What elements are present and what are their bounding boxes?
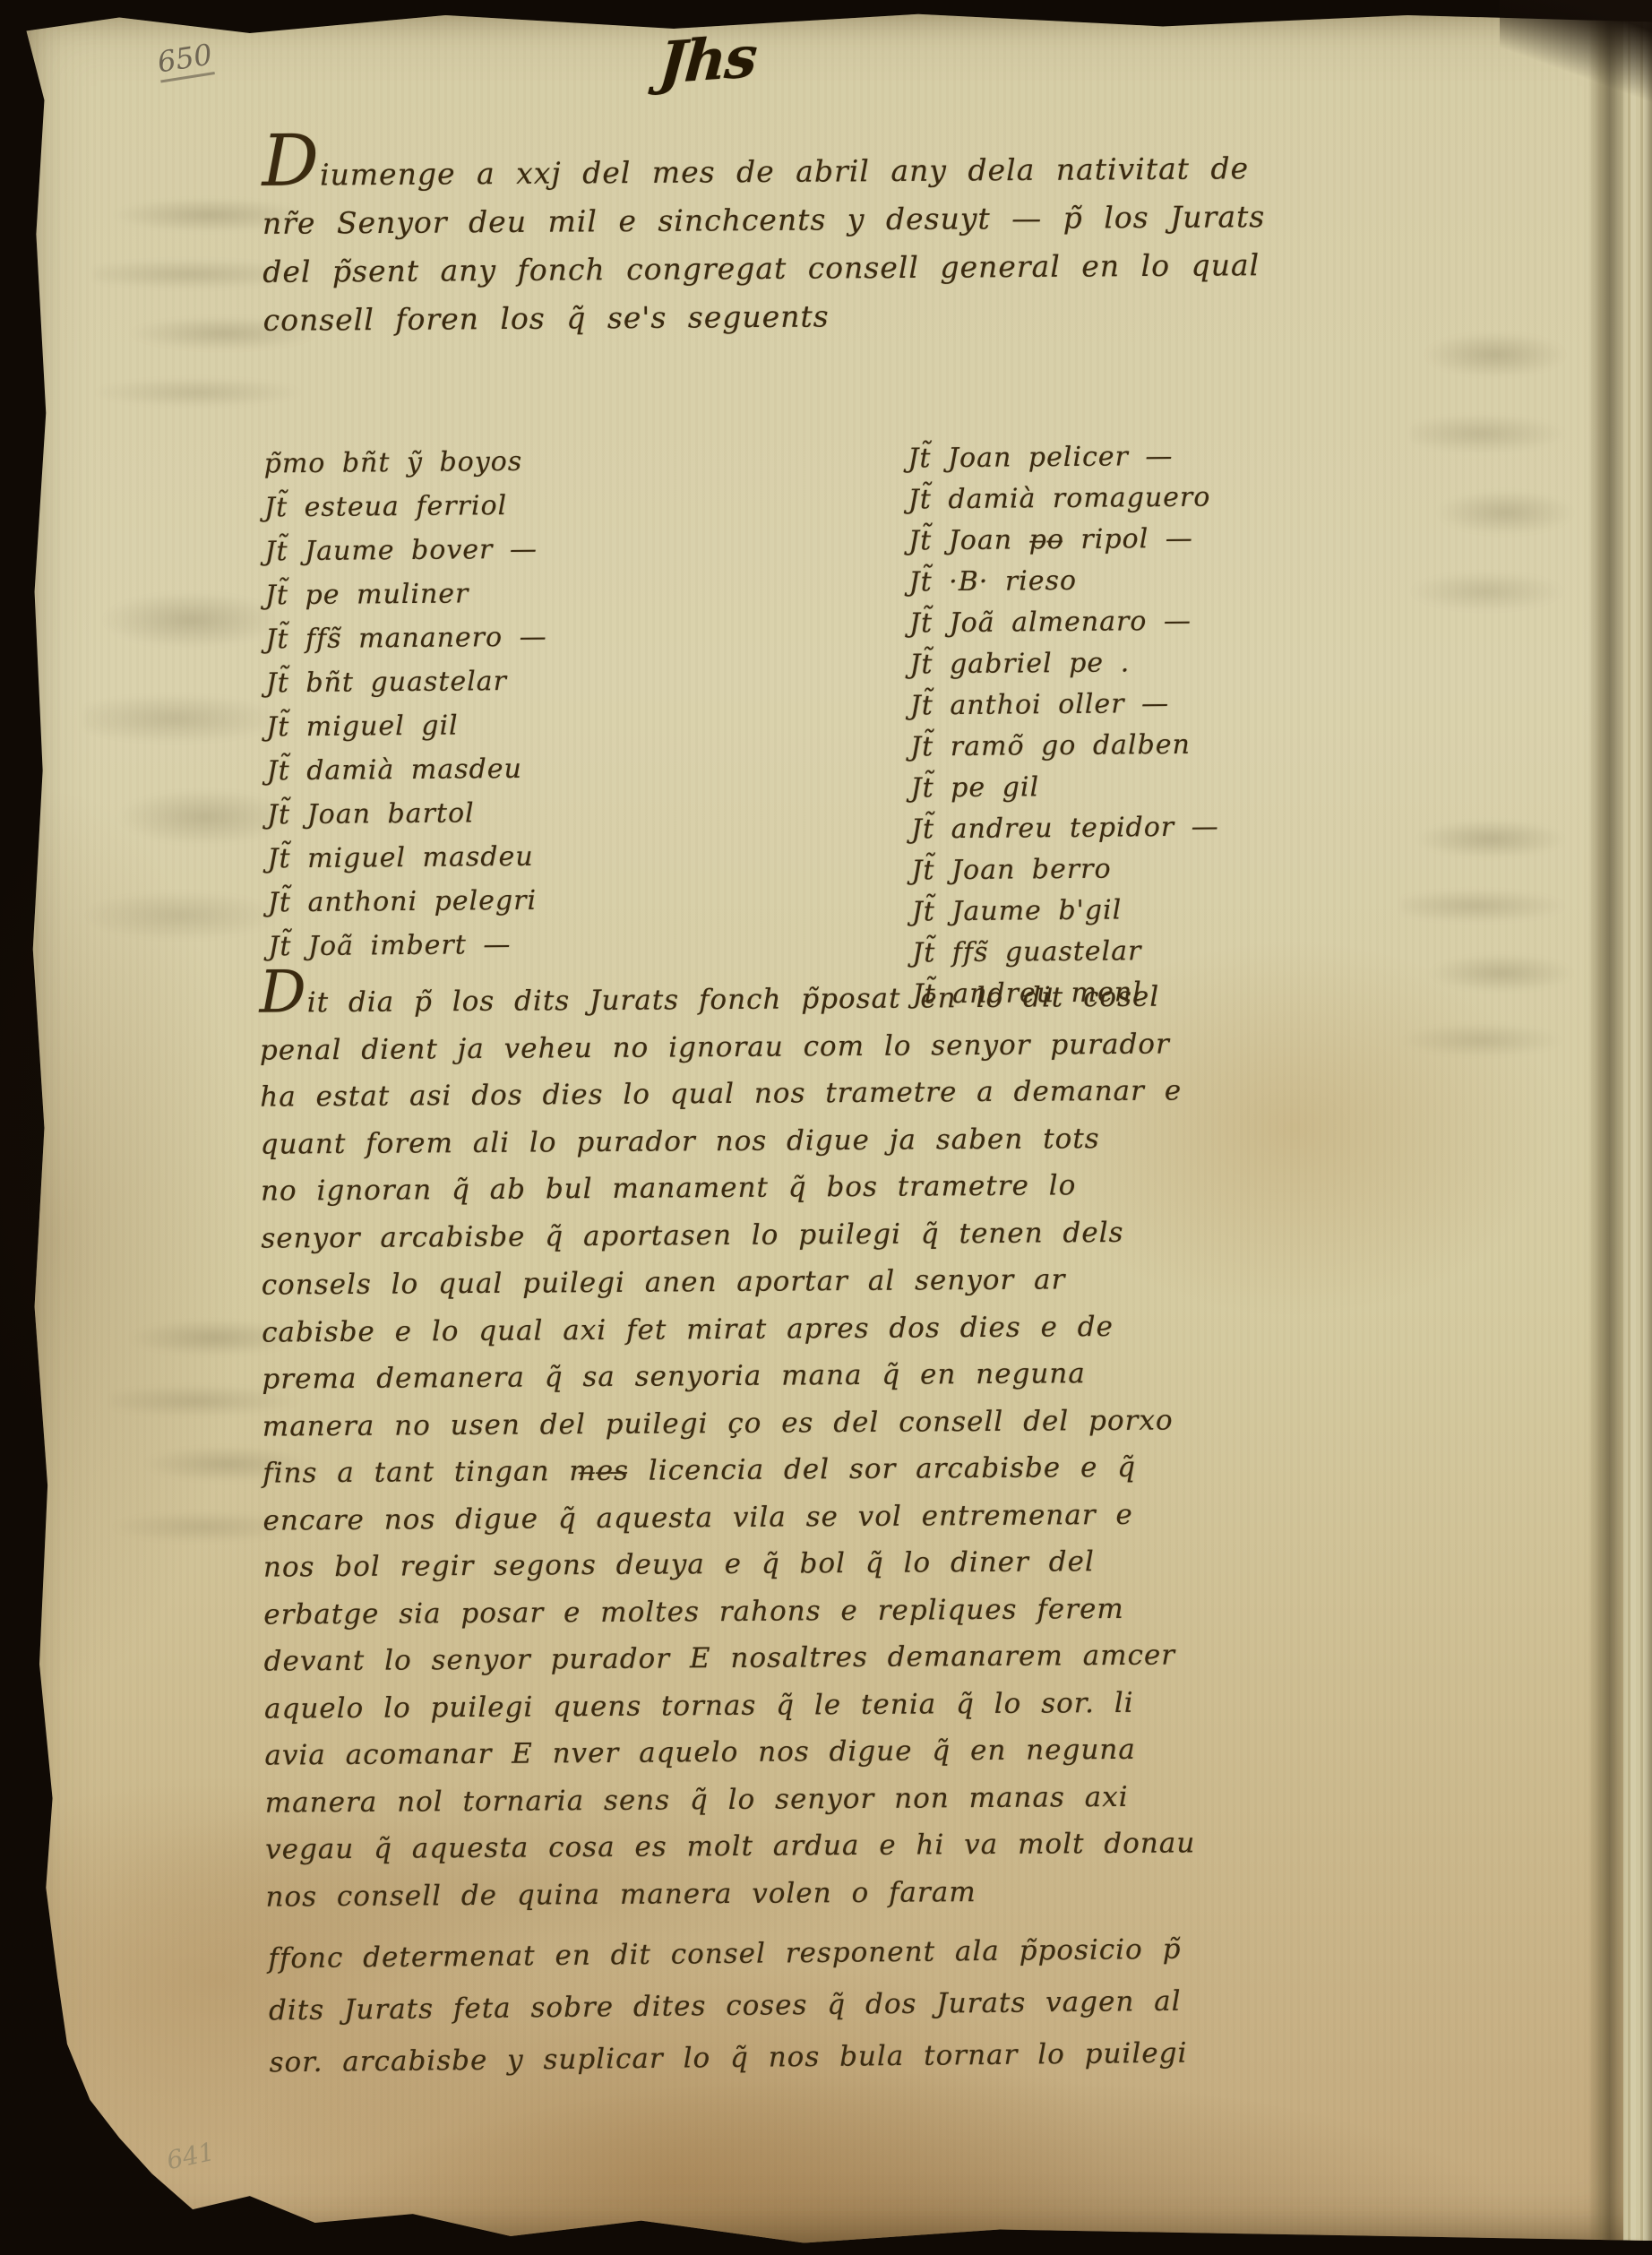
manuscript-line: nos consell de quina manera volen o fara…: [265, 1867, 1195, 1921]
attendee-name: Jt̃ miguel gil: [266, 703, 548, 750]
opening-paragraph: Diumenge a xxj del mes de abril any dela…: [262, 129, 1266, 345]
show-through-mark: [1410, 297, 1580, 656]
manuscript-line: ha estat asi dos dies lo qual nos tramet…: [260, 1067, 1190, 1121]
council-resolution-paragraph: ffonc determenat en dit consel responent…: [268, 1924, 1188, 2089]
binding-gutter-shadow: [1587, 11, 1623, 2245]
manuscript-line: Dit dia p̃ los dits Jurats fonch p̃posat…: [259, 966, 1190, 1027]
manuscript-line: sor. arcabisbe y suplicar lo q̃ nos bula…: [269, 2027, 1187, 2089]
manuscript-line: quant forem ali lo purador nos digue ja …: [260, 1115, 1190, 1168]
manuscript-line: aquelo lo puilegi quens tornas q̃ le ten…: [264, 1679, 1194, 1733]
attendee-name: Jt̃ esteua ferriol: [264, 484, 546, 530]
attendee-name: Jt̃ ramõ go dalben: [910, 725, 1218, 769]
attendee-name: Jt̃ ·B· rieso: [908, 560, 1217, 604]
manuscript-line: del p̃sent any fonch congregat consell g…: [262, 241, 1266, 297]
ihs-monogram: Jhs: [657, 23, 758, 97]
attendee-name: Jt̃ pe gil: [910, 765, 1218, 809]
manuscript-line: cabisbe e lo qual axi fet mirat apres do…: [262, 1303, 1192, 1356]
manuscript-line: nr̃e Senyor deu mil e sinchcents y desuy…: [262, 193, 1266, 248]
manuscript-line: devant lo senyor purador E nosaltres dem…: [264, 1631, 1194, 1685]
manuscript-line: senyor arcabisbe q̃ aportasen lo puilegi…: [261, 1209, 1191, 1262]
attendee-name: Jt̃ Joan p̶o̶ ripol —: [908, 519, 1217, 563]
photo-corner-shadow: [1500, 0, 1652, 116]
manuscript-line: consell foren los q̃ se's seguents: [262, 289, 1266, 345]
attendee-name: Jt̃ gabriel pe .: [909, 642, 1217, 686]
manuscript-line: manera nol tornaria sens q̃ lo senyor no…: [265, 1773, 1195, 1827]
attendee-name: Jt̃ anthoni pelegri: [268, 879, 550, 925]
manuscript-line: Diumenge a xxj del mes de abril any dela…: [262, 129, 1265, 200]
attendee-list-right: Jt̃ Joan pelicer —Jt̃ damià romagueroJt̃…: [908, 436, 1220, 1016]
attendee-name: Jt̃ andreu tepidor —: [911, 806, 1219, 850]
manuscript-line: dits Jurats feta sobre dites coses q̃ do…: [269, 1975, 1187, 2037]
show-through-mark: [1401, 790, 1580, 1095]
manuscript-line: prema demanera q̃ sa senyoria mana q̃ en…: [262, 1349, 1192, 1403]
manuscript-line: erbatge sia posar e moltes rahons e repl…: [263, 1585, 1193, 1639]
attendee-name: Jt̃ Jaume bover —: [264, 528, 546, 574]
manuscript-line: encare nos digue q̃ aquesta vila se vol …: [262, 1491, 1192, 1545]
attendee-name: Jt̃ Joã imbert —: [268, 923, 550, 969]
attendee-name: Jt̃ Joan berro: [911, 848, 1219, 891]
attendee-name: Jt̃ miguel masdeu: [267, 835, 549, 882]
page-stack-edge: [1623, 11, 1652, 2245]
attendee-name: Jt̃ damià romaguero: [908, 478, 1217, 521]
attendee-name: Jt̃ pe muliner: [265, 572, 547, 618]
manuscript-line: penal dient ja veheu no ignorau com lo s…: [260, 1020, 1190, 1074]
attendee-name: p̃mo bñt ỹ boyos: [263, 440, 546, 486]
attendee-name: Jt̃ damià masdeu: [266, 747, 548, 794]
manuscript-line: consels lo qual puilegi anen aportar al …: [262, 1255, 1192, 1309]
attendee-name: Jt̃ Joã almenaro —: [909, 601, 1217, 645]
manuscript-photo: 650 Jhs Diumenge a xxj del mes de abril …: [0, 0, 1652, 2255]
attendee-name: Jt̃ Jaume b'gil: [912, 889, 1220, 933]
attendee-name: Jt̃ bñt guastelar: [266, 659, 548, 706]
attendee-name: Jt̃ ffs̃ mananero —: [265, 615, 547, 662]
attendee-name: Jt̃ Joan bartol: [267, 791, 549, 838]
manuscript-line: nos bol regir segons deuya e q̃ bol q̃ l…: [263, 1537, 1193, 1591]
attendee-name: Jt̃ Joan pelicer —: [908, 436, 1216, 480]
manuscript-line: no ignoran q̃ ab bul manament q̃ bos tra…: [261, 1161, 1191, 1215]
council-deliberation-paragraph: Dit dia p̃ los dits Jurats fonch p̃posat…: [259, 966, 1196, 1920]
manuscript-line: avia acomanar E nver aquelo nos digue q̃…: [264, 1726, 1194, 1779]
manuscript-line: manera no usen del puilegi ço es del con…: [262, 1397, 1192, 1450]
attendee-list-left: p̃mo bñt ỹ boyosJt̃ esteua ferriolJt̃ …: [263, 440, 549, 969]
manuscript-line: fins a tant tingan m̶e̶s̶ licencia del s…: [262, 1443, 1192, 1497]
manuscript-line: ffonc determenat en dit consel responent…: [268, 1924, 1186, 1985]
attendee-name: Jt̃ anthoi oller —: [910, 684, 1218, 727]
manuscript-line: vegau q̃ aquesta cosa es molt ardua e hi…: [265, 1820, 1195, 1873]
